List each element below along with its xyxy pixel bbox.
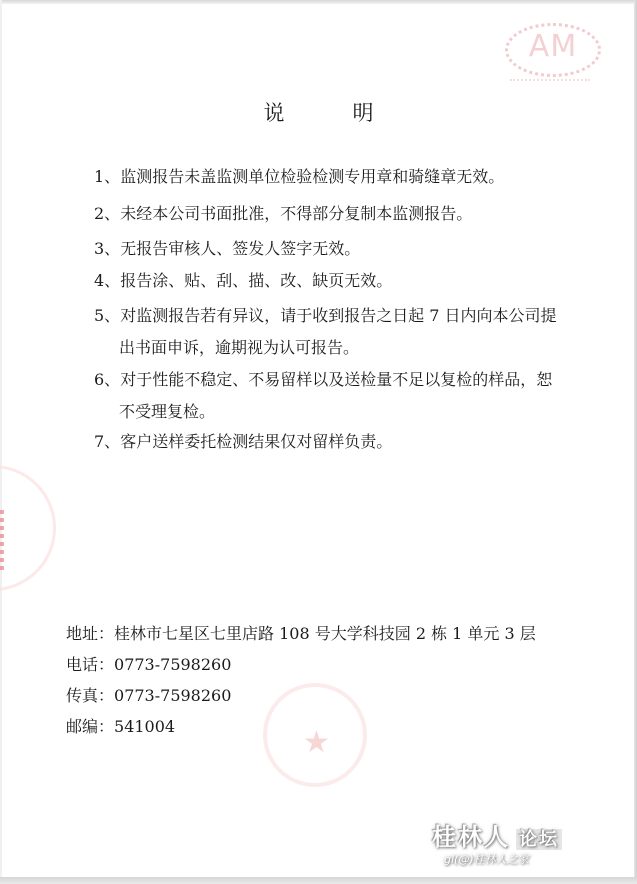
address-label: 地址： bbox=[66, 624, 114, 643]
item-number: 4、 bbox=[94, 271, 120, 290]
postcode-label: 邮编： bbox=[66, 717, 114, 736]
page-title: 说明 bbox=[0, 97, 637, 127]
list-item: 5、对监测报告若有异议，请于收到报告之日起 7 日内向本公司提 出书面申诉，逾期… bbox=[94, 300, 557, 364]
item-number: 1、 bbox=[94, 167, 120, 186]
item-text: 对于性能不稳定、不易留样以及送检量不足以复检的样品，恕 bbox=[120, 370, 552, 389]
phone-value: 0773-7598260 bbox=[114, 655, 231, 674]
list-item: 3、无报告审核人、签发人签字无效。 bbox=[94, 236, 360, 259]
item-number: 3、 bbox=[94, 239, 120, 258]
seal-star-icon: ★ bbox=[303, 728, 330, 758]
item-text: 客户送样委托检测结果仅对留样负责。 bbox=[120, 432, 392, 451]
item-number: 2、 bbox=[94, 204, 120, 223]
seam-stamp-mark bbox=[0, 510, 4, 570]
item-number: 6、 bbox=[94, 370, 120, 389]
item-text: 监测报告未盖监测单位检验检测专用章和骑缝章无效。 bbox=[120, 167, 504, 186]
phone-line: 电话：0773-7598260 bbox=[66, 652, 231, 675]
item-number: 7、 bbox=[94, 432, 120, 451]
forum-watermark: 桂林人论坛 bbox=[432, 817, 562, 852]
fax-label: 传真： bbox=[66, 686, 114, 705]
fax-line: 传真：0773-7598260 bbox=[66, 683, 231, 706]
list-item: 7、客户送样委托检测结果仅对留样负责。 bbox=[94, 429, 392, 452]
item-text: 未经本公司书面批准，不得部分复制本监测报告。 bbox=[120, 204, 472, 223]
fax-value: 0773-7598260 bbox=[114, 686, 231, 705]
item-continuation: 不受理复检。 bbox=[94, 396, 552, 428]
title-char-2: 明 bbox=[353, 97, 374, 127]
watermark-url: gl(@)桂林人之家 bbox=[444, 851, 529, 867]
address-line: 地址：桂林市七星区七里店路 108 号大学科技园 2 栋 1 单元 3 层 bbox=[66, 621, 536, 644]
am-stamp-text: AM bbox=[508, 29, 598, 64]
page-bottom-border bbox=[0, 877, 637, 884]
page-left-border bbox=[0, 0, 2, 878]
list-item: 2、未经本公司书面批准，不得部分复制本监测报告。 bbox=[94, 201, 472, 224]
item-number: 5、 bbox=[94, 306, 120, 325]
list-item: 1、监测报告未盖监测单位检验检测专用章和骑缝章无效。 bbox=[94, 164, 504, 187]
postcode-line: 邮编：541004 bbox=[66, 714, 175, 737]
item-continuation: 出书面申诉，逾期视为认可报告。 bbox=[94, 332, 557, 364]
watermark-sub: 论坛 bbox=[516, 829, 562, 850]
item-text: 报告涂、贴、刮、描、改、缺页无效。 bbox=[120, 271, 392, 290]
phone-label: 电话： bbox=[66, 655, 114, 674]
list-item: 4、报告涂、贴、刮、描、改、缺页无效。 bbox=[94, 268, 392, 291]
address-value: 桂林市七星区七里店路 108 号大学科技园 2 栋 1 单元 3 层 bbox=[114, 624, 536, 643]
postcode-value: 541004 bbox=[114, 717, 175, 736]
item-text: 无报告审核人、签发人签字无效。 bbox=[120, 239, 360, 258]
am-stamp-icon: AM bbox=[505, 23, 601, 77]
am-stamp-caption bbox=[510, 79, 590, 84]
title-char-1: 说 bbox=[264, 97, 285, 127]
page-top-border bbox=[0, 0, 637, 4]
item-text: 对监测报告若有异议，请于收到报告之日起 7 日内向本公司提 bbox=[120, 306, 556, 325]
list-item: 6、对于性能不稳定、不易留样以及送检量不足以复检的样品，恕 不受理复检。 bbox=[94, 364, 552, 428]
left-seal-icon bbox=[0, 465, 56, 591]
watermark-main: 桂林人 bbox=[432, 823, 510, 851]
